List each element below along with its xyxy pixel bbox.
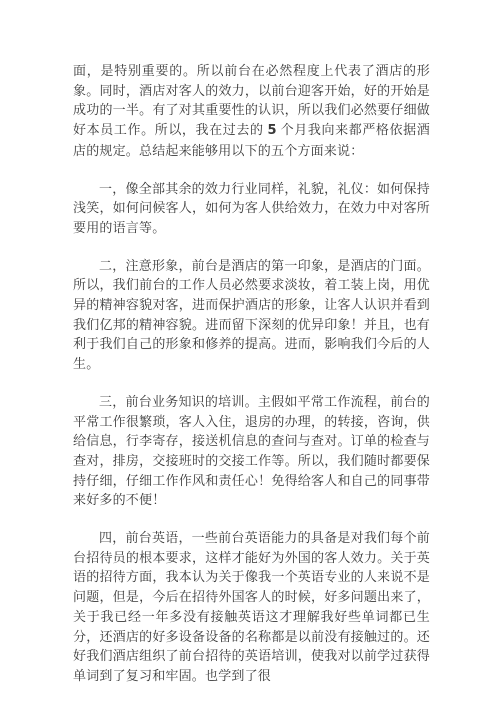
- document-page: 面，是特别重要的。所以前台在必然程度上代表了酒店的形象。同时，酒店对客人的效力，…: [0, 0, 500, 708]
- paragraph-item-2: 二，注意形象，前台是酒店的第一印象，是酒店的门面。所以，我们前台的工作人员必然要…: [73, 256, 430, 374]
- bold-month-count: 5: [268, 123, 277, 138]
- paragraph-item-1: 一，像全部其余的效力行业同样，礼貌，礼仪：如何保持浅笑，如何问候客人，如何为客人…: [73, 179, 430, 238]
- paragraph-continuation: 面，是特别重要的。所以前台在必然程度上代表了酒店的形象。同时，酒店对客人的效力，…: [73, 61, 430, 161]
- paragraph-item-3: 三，前台业务知识的培训。主假如平常工作流程，前台的平常工作很繁琐，客人入住，退房…: [73, 392, 430, 510]
- paragraph-item-4: 四，前台英语，一些前台英语能力的具备是对我们每个前台招待员的根本要求，这样才能好…: [73, 528, 430, 686]
